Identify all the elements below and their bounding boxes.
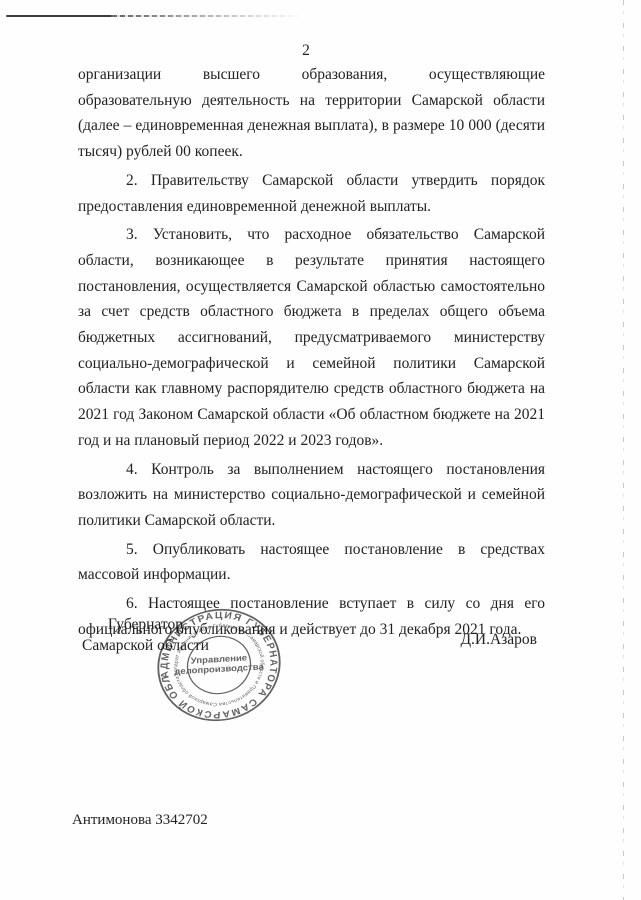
paragraph-item-2: 2. Правительству Самарской области утвер… [78, 168, 545, 219]
scan-artifact-top-line [6, 15, 112, 17]
paragraph-item-5: 5. Опубликовать настоящее постановление … [78, 537, 545, 588]
scan-artifact-right-edge-dashes [623, 0, 625, 900]
paragraph-item-3: 3. Установить, что расходное обязательст… [78, 222, 545, 453]
scan-artifact-top-line-fade [112, 15, 302, 17]
executor-contact: Антимонова 3342702 [72, 812, 208, 829]
signatory-name: Д.И.Азаров [460, 631, 537, 649]
scanned-document-page: 2 организации высшего образования, осуще… [0, 0, 641, 900]
document-body: организации высшего образования, осущест… [78, 62, 545, 645]
paragraph-item-4: 4. Контроль за выполнением настоящего по… [78, 457, 545, 534]
paragraph-continuation: организации высшего образования, осущест… [78, 62, 545, 165]
page-number: 2 [78, 42, 534, 60]
